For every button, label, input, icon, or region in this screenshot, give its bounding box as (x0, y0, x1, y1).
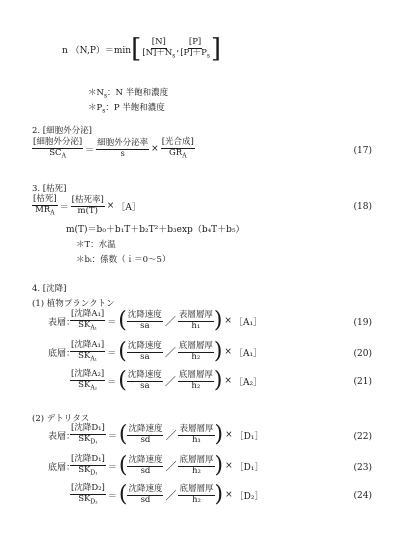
equation-17: [細胞外分泌] SCA ＝ 細胞外分泌率 s × [光合成] GRA (32, 138, 195, 160)
equation-22: 表層： [沈降D₁] SKD₁ ＝ ( 沈降速度 sd ／ 表層層厚 h₁ ) … (48, 424, 263, 446)
note-ps: ＊Ps：P 半飽和濃度 (88, 101, 165, 115)
equation-number: (18) (354, 202, 372, 212)
equation-18: [枯死] MRA ＝ [枯死率] m(T) × ［A］ (32, 195, 141, 217)
subsection-heading-phytoplankton: (1) 植物プランクトン (32, 297, 115, 309)
left-bracket: [ (131, 36, 141, 62)
note-T: ＊T：水温 (76, 238, 116, 250)
equation-number: (20) (354, 349, 372, 359)
fraction-p: [P] [P]＋Ps (179, 38, 211, 60)
equation-19: 表層： [沈降A₁] SKA₁ ＝ ( 沈降速度 sa ／ 表層層厚 h₁ ) … (48, 310, 262, 332)
equation-20: 底層： [沈降A₁] SKA₁ ＝ ( 沈降速度 sa ／ 底層層厚 h₂ ) … (48, 341, 262, 363)
fraction-n: [N] [N]＋Ns (141, 38, 176, 60)
note-bi: ＊bᵢ：係数（ｉ＝0〜5） (76, 253, 170, 265)
section-heading-extracellular: 2. [細胞外分泌] (32, 124, 92, 136)
equation-number: (17) (354, 146, 372, 156)
section-heading-settling: 4. [沈降] (32, 282, 66, 294)
equation-21: [沈降A₂] SKA₂ ＝ ( 沈降速度 sa ／ 底層層厚 h₂ ) × ［A… (70, 370, 262, 392)
equation-24: [沈降D₂] SKD₂ ＝ ( 沈降速度 sd ／ 底層層厚 h₂ ) × ［D… (70, 484, 263, 506)
note-ns: ＊Ns：N 半飽和濃度 (88, 86, 168, 100)
equation-23: 底層： [沈降D₁] SKD₁ ＝ ( 沈降速度 sd ／ 底層層厚 h₂ ) … (48, 455, 263, 477)
equation-number: (24) (354, 491, 372, 501)
mT-definition: m(T)＝b₀＋b₁T＋b₂T²＋b₃exp（b₄T＋b₅） (66, 222, 245, 235)
equation-number: (22) (354, 432, 372, 442)
equation-number: (23) (354, 463, 372, 473)
right-bracket: ] (211, 36, 221, 62)
equation-number: (19) (354, 318, 372, 328)
eq-lhs: n （N,P）＝min (62, 43, 131, 56)
equation-nutrient-limit: n （N,P）＝min [ [N] [N]＋Ns , [P] [P]＋Ps ] (62, 36, 221, 62)
section-heading-mortality: 3. [枯死] (32, 182, 66, 194)
equation-number: (21) (354, 377, 372, 387)
